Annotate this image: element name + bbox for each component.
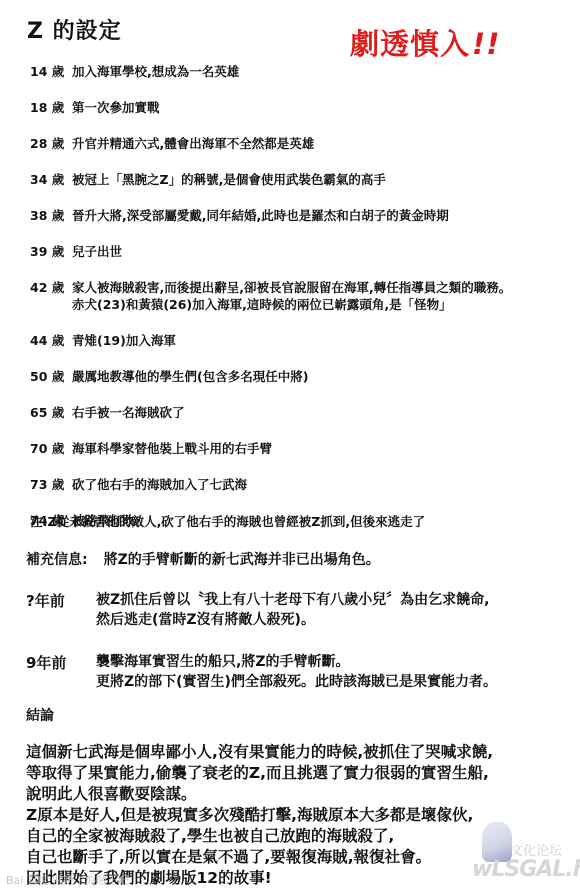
note-text: 注:Z從未殺害他的敵人,砍了他右手的海賊也曾經被Z抓到,但後來逃走了 — [30, 512, 425, 530]
timeline-row: 42 歲家人被海賊殺害,而後提出辭呈,卻被長官說服留在海軍,轉任指導員之類的職務… — [30, 279, 570, 313]
timeline-event: 嚴厲地教導他的學生們(包含多名現任中將) — [72, 368, 570, 385]
timeline-row: 28 歲升官并精通六式,體會出海軍不全然都是英雄 — [30, 135, 570, 152]
prior-event-when: 9年前 — [26, 652, 96, 692]
conclusion-line: 等取得了果實能力,偷襲了衰老的Z,而且挑選了實力很弱的實習生船, — [26, 763, 566, 784]
page-title: Z 的設定 — [27, 14, 122, 45]
timeline-event: 右手被一名海賊砍了 — [72, 404, 570, 421]
timeline-event: 升官并精通六式,體會出海軍不全然都是英雄 — [72, 135, 570, 152]
anime-character-icon — [482, 822, 512, 862]
baidu-watermark: Bai 百度 貼吧 | 海賊王吧 — [6, 872, 129, 888]
timeline-row: 73 歲砍了他右手的海賊加入了七武海 — [30, 476, 570, 493]
timeline-event: 家人被海賊殺害,而後提出辭呈,卻被長官說服留在海軍,轉任指導員之類的職務。 赤犬… — [72, 279, 570, 313]
conclusion-heading: 結論 — [26, 705, 54, 725]
timeline-event: 青雉(19)加入海軍 — [72, 332, 570, 349]
timeline-event: 第一次參加實戰 — [72, 99, 570, 116]
timeline-age: 42 歲 — [30, 279, 72, 313]
prior-event: ?年前 被Z抓住后曾以〝我上有八十老母下有八歲小兒〞為由乞求饒命, 然后逃走(當… — [26, 590, 489, 630]
spoiler-text: 劇透慎入 — [350, 27, 470, 61]
timeline-event: 砍了他右手的海賊加入了七武海 — [72, 476, 570, 493]
timeline-event: 兒子出世 — [72, 243, 570, 260]
timeline-row: 65 歲右手被一名海賊砍了 — [30, 404, 570, 421]
spoiler-warning: 劇透慎入!! — [350, 22, 500, 63]
conclusion-line: 這個新七武海是個卑鄙小人,沒有果實能力的時候,被抓住了哭喊求饒, — [26, 742, 566, 763]
timeline-age: 44 歲 — [30, 332, 72, 349]
supplement: 補充信息:將Z的手臂斬斷的新七武海并非已出場角色。 — [26, 549, 380, 569]
timeline-age: 73 歲 — [30, 476, 72, 493]
prior-event-when: ?年前 — [26, 590, 96, 630]
timeline-age: 18 歲 — [30, 99, 72, 116]
timeline-row: 18 歲第一次參加實戰 — [30, 99, 570, 116]
timeline-event: 晉升大將,深受部屬愛戴,同年結婚,此時也是羅杰和白胡子的黃金時期 — [72, 207, 570, 224]
supplement-text: 將Z的手臂斬斷的新七武海并非已出場角色。 — [104, 552, 380, 568]
timeline-age: 28 歲 — [30, 135, 72, 152]
timeline-age: 39 歲 — [30, 243, 72, 260]
timeline-row: 50 歲嚴厲地教導他的學生們(包含多名現任中將) — [30, 368, 570, 385]
timeline-row: 34 歲被冠上「黑腕之Z」的稱號,是個會使用武裝色霸氣的高手 — [30, 171, 570, 188]
exclamation-icon: !! — [472, 27, 500, 61]
timeline-row: 14 歲加入海軍學校,想成為一名英雄 — [30, 63, 570, 80]
timeline-age: 50 歲 — [30, 368, 72, 385]
timeline-row: 44 歲青雉(19)加入海軍 — [30, 332, 570, 349]
supplement-label: 補充信息: — [26, 552, 88, 568]
forum-logo: wLSGAL.hz — [472, 857, 580, 882]
prior-event-what: 被Z抓住后曾以〝我上有八十老母下有八歲小兒〞為由乞求饒命, 然后逃走(當時Z沒有… — [96, 590, 489, 630]
prior-event: 9年前 襲擊海軍實習生的船只,將Z的手臂斬斷。 更將Z的部下(實習生)們全部殺死… — [26, 652, 497, 692]
timeline-age: 14 歲 — [30, 63, 72, 80]
timeline-row: 38 歲晉升大將,深受部屬愛戴,同年結婚,此時也是羅杰和白胡子的黃金時期 — [30, 207, 570, 224]
timeline-event: 加入海軍學校,想成為一名英雄 — [72, 63, 570, 80]
timeline-age: 70 歲 — [30, 440, 72, 457]
timeline-event: 海軍科學家替他裝上戰斗用的右手臂 — [72, 440, 570, 457]
conclusion-line: 說明此人很喜歡耍陰謀。 — [26, 784, 566, 805]
timeline-row: 70 歲海軍科學家替他裝上戰斗用的右手臂 — [30, 440, 570, 457]
timeline: 14 歲加入海軍學校,想成為一名英雄 18 歲第一次參加實戰 28 歲升官并精通… — [30, 63, 570, 529]
timeline-row: 39 歲兒子出世 — [30, 243, 570, 260]
prior-event-what: 襲擊海軍實習生的船只,將Z的手臂斬斷。 更將Z的部下(實習生)們全部殺死。此時該… — [96, 652, 497, 692]
timeline-age: 34 歲 — [30, 171, 72, 188]
timeline-event: 被冠上「黑腕之Z」的稱號,是個會使用武裝色霸氣的高手 — [72, 171, 570, 188]
timeline-age: 38 歲 — [30, 207, 72, 224]
timeline-age: 65 歲 — [30, 404, 72, 421]
forum-watermark: 文化论坛 wLSGAL.hz — [470, 822, 580, 891]
